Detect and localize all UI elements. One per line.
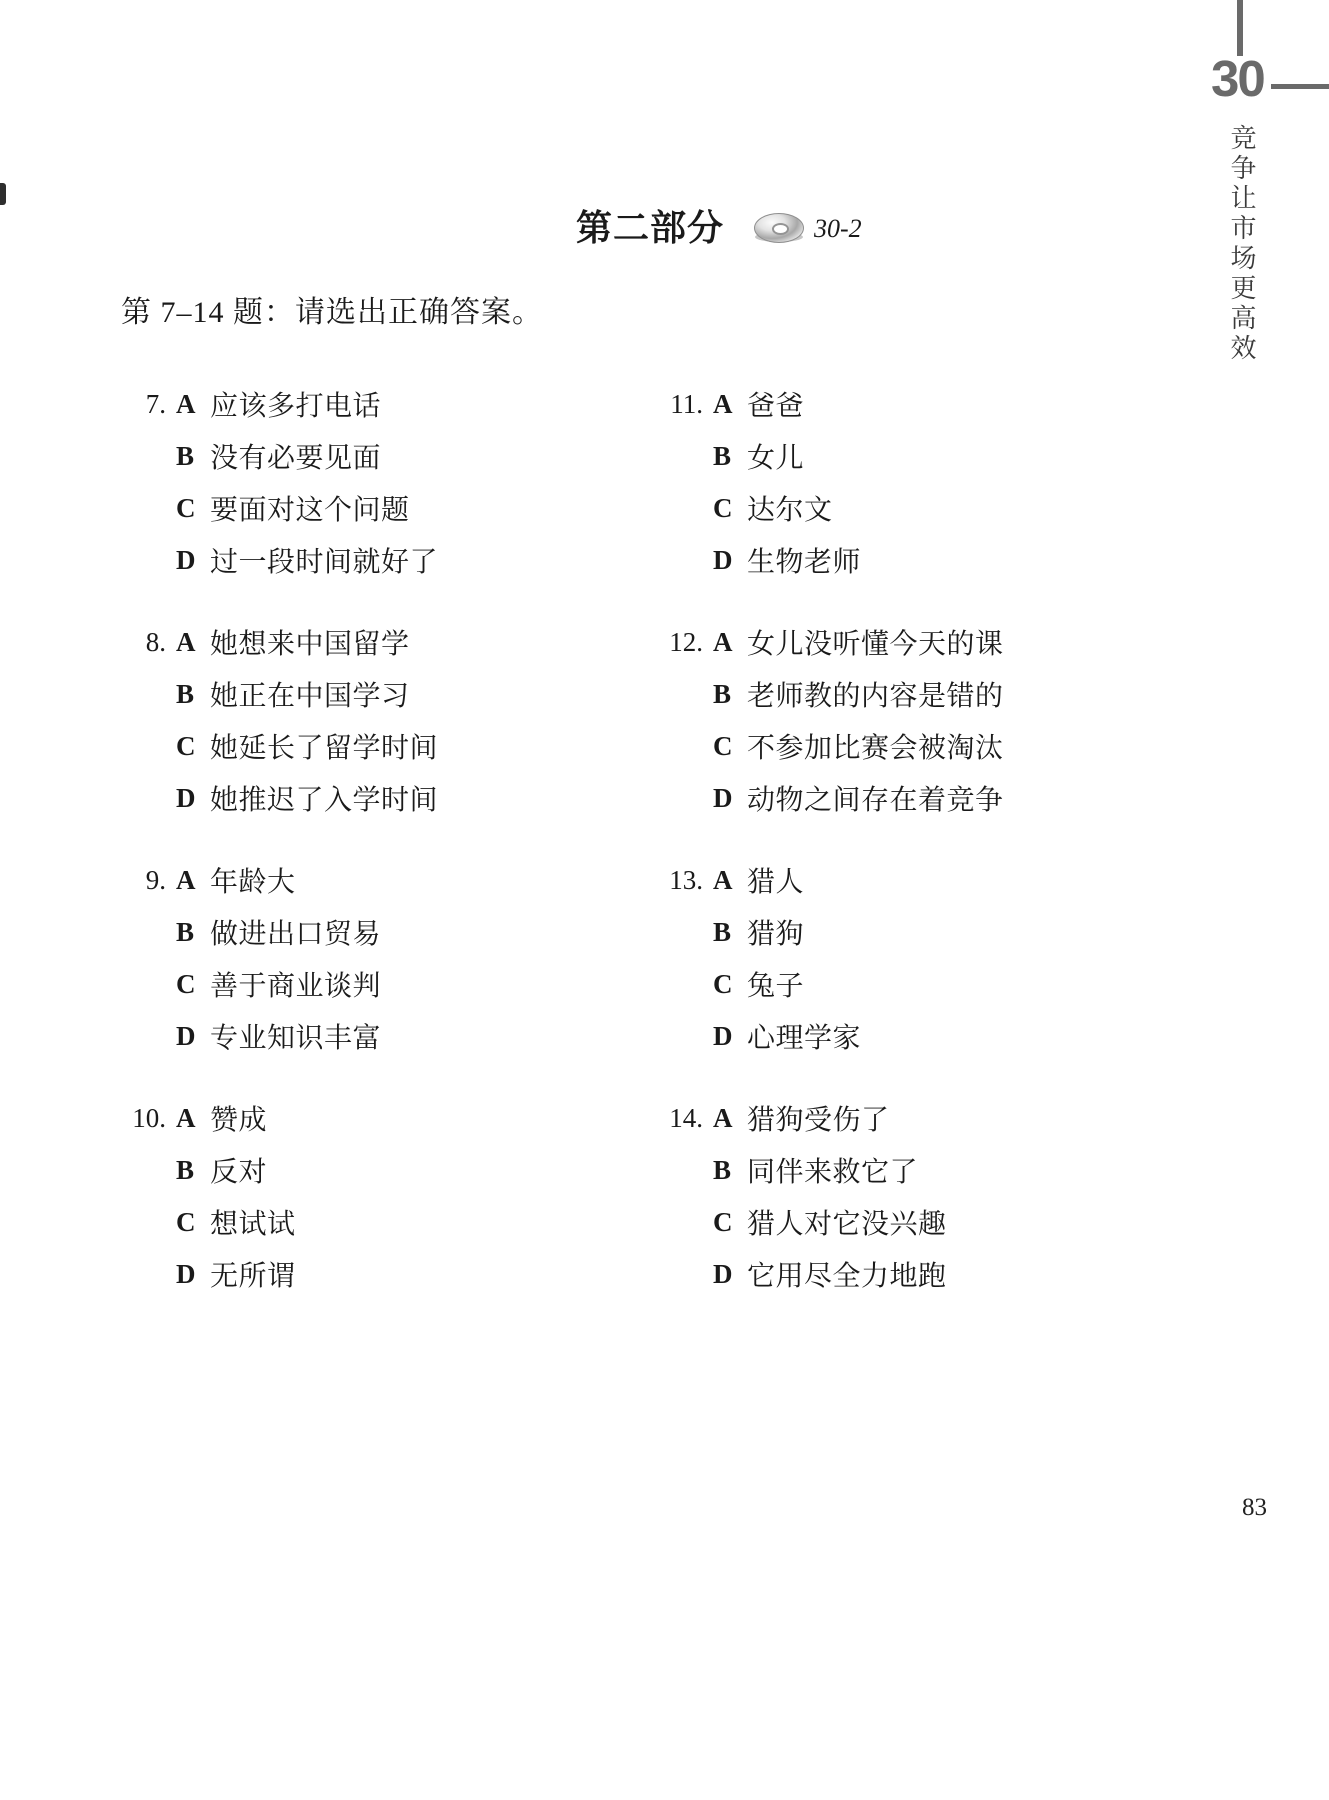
option-letter: C [176, 1207, 202, 1238]
option-row: 10.A赞成 [103, 1092, 438, 1144]
option-text: 她推迟了入学时间 [210, 778, 438, 818]
option-text: 过一段时间就好了 [210, 540, 438, 580]
chapter-top-bar [1237, 0, 1243, 56]
option-row: C兔子 [640, 958, 1004, 1010]
option-row: D动物之间存在着竞争 [640, 772, 1004, 824]
option-row: C达尔文 [640, 482, 1004, 534]
option-text: 她延长了留学时间 [210, 726, 438, 766]
option-letter: A [713, 1103, 739, 1134]
option-letter: B [176, 441, 202, 472]
option-row: B同伴来救它了 [640, 1144, 1004, 1196]
option-letter: D [713, 1259, 739, 1290]
option-text: 生物老师 [747, 540, 861, 580]
option-row: B她正在中国学习 [103, 668, 438, 720]
page-bleed-mark [0, 183, 6, 205]
option-letter: B [713, 917, 739, 948]
option-row: D过一段时间就好了 [103, 534, 438, 586]
option-text: 女儿没听懂今天的课 [747, 622, 1004, 662]
option-letter: A [176, 865, 202, 896]
question-number: 12. [640, 627, 703, 658]
option-letter: B [176, 917, 202, 948]
option-row: D生物老师 [640, 534, 1004, 586]
option-row: 14.A猎狗受伤了 [640, 1092, 1004, 1144]
option-row: B女儿 [640, 430, 1004, 482]
option-row: 7.A应该多打电话 [103, 378, 438, 430]
option-text: 应该多打电话 [210, 384, 381, 424]
option-row: C要面对这个问题 [103, 482, 438, 534]
option-letter: C [713, 1207, 739, 1238]
option-letter: C [713, 731, 739, 762]
option-row: B老师教的内容是错的 [640, 668, 1004, 720]
option-letter: C [713, 969, 739, 1000]
question-number: 11. [640, 389, 703, 420]
option-text: 同伴来救它了 [747, 1150, 918, 1190]
option-letter: D [176, 545, 202, 576]
option-letter: D [713, 1021, 739, 1052]
option-text: 反对 [210, 1150, 267, 1190]
question-9: 9.A年龄大 B做进出口贸易 C善于商业谈判 D专业知识丰富 [103, 854, 438, 1062]
option-text: 老师教的内容是错的 [747, 674, 1004, 714]
option-text: 无所谓 [210, 1254, 296, 1294]
page-number: 83 [1242, 1494, 1267, 1522]
option-letter: D [176, 1259, 202, 1290]
option-row: C想试试 [103, 1196, 438, 1248]
option-text: 猎人 [747, 860, 804, 900]
option-text: 没有必要见面 [210, 436, 381, 476]
option-text: 善于商业谈判 [210, 964, 381, 1004]
option-row: C善于商业谈判 [103, 958, 438, 1010]
option-letter: B [713, 679, 739, 710]
option-letter: C [713, 493, 739, 524]
question-number: 7. [103, 389, 166, 420]
question-8: 8.A她想来中国留学 B她正在中国学习 C她延长了留学时间 D她推迟了入学时间 [103, 616, 438, 824]
option-text: 要面对这个问题 [210, 488, 410, 528]
option-letter: D [713, 783, 739, 814]
option-letter: A [713, 865, 739, 896]
option-letter: D [713, 545, 739, 576]
option-row: B做进出口贸易 [103, 906, 438, 958]
question-14: 14.A猎狗受伤了 B同伴来救它了 C猎人对它没兴趣 D它用尽全力地跑 [640, 1092, 1004, 1300]
question-number: 13. [640, 865, 703, 896]
option-text: 动物之间存在着竞争 [747, 778, 1004, 818]
option-text: 它用尽全力地跑 [747, 1254, 947, 1294]
option-text: 想试试 [210, 1202, 296, 1242]
option-row: C猎人对它没兴趣 [640, 1196, 1004, 1248]
option-letter: B [176, 1155, 202, 1186]
chapter-number-rule [1271, 84, 1329, 89]
option-text: 猎狗受伤了 [747, 1098, 890, 1138]
option-row: D它用尽全力地跑 [640, 1248, 1004, 1300]
option-text: 爸爸 [747, 384, 804, 424]
option-letter: A [176, 389, 202, 420]
option-row: D无所谓 [103, 1248, 438, 1300]
option-text: 猎狗 [747, 912, 804, 952]
option-letter: C [176, 493, 202, 524]
option-text: 兔子 [747, 964, 804, 1004]
section-title: 第二部分 [576, 200, 724, 251]
question-column-left: 7.A应该多打电话 B没有必要见面 C要面对这个问题 D过一段时间就好了 8.A… [103, 378, 438, 1330]
question-10: 10.A赞成 B反对 C想试试 D无所谓 [103, 1092, 438, 1300]
option-row: 11.A爸爸 [640, 378, 1004, 430]
option-text: 心理学家 [747, 1016, 861, 1056]
chapter-number: 30 [1211, 53, 1265, 104]
option-row: 9.A年龄大 [103, 854, 438, 906]
option-row: B没有必要见面 [103, 430, 438, 482]
option-row: 13.A猎人 [640, 854, 1004, 906]
option-text: 年龄大 [210, 860, 296, 900]
cd-disc [754, 213, 804, 243]
question-column-right: 11.A爸爸 B女儿 C达尔文 D生物老师 12.A女儿没听懂今天的课 B老师教… [640, 378, 1004, 1330]
option-letter: D [176, 783, 202, 814]
chapter-title-vertical: 竞争让市场更高效 [1224, 124, 1261, 404]
question-12: 12.A女儿没听懂今天的课 B老师教的内容是错的 C不参加比赛会被淘汰 D动物之… [640, 616, 1004, 824]
option-text: 专业知识丰富 [210, 1016, 381, 1056]
option-row: C她延长了留学时间 [103, 720, 438, 772]
option-letter: B [713, 1155, 739, 1186]
question-11: 11.A爸爸 B女儿 C达尔文 D生物老师 [640, 378, 1004, 586]
question-number: 9. [103, 865, 166, 896]
option-row: D她推迟了入学时间 [103, 772, 438, 824]
option-row: 8.A她想来中国留学 [103, 616, 438, 668]
option-row: D专业知识丰富 [103, 1010, 438, 1062]
option-letter: B [713, 441, 739, 472]
instruction-text: 第 7–14 题：请选出正确答案。 [121, 287, 543, 331]
question-7: 7.A应该多打电话 B没有必要见面 C要面对这个问题 D过一段时间就好了 [103, 378, 438, 586]
option-row: C不参加比赛会被淘汰 [640, 720, 1004, 772]
option-letter: A [713, 389, 739, 420]
option-text: 她想来中国留学 [210, 622, 410, 662]
option-letter: A [176, 627, 202, 658]
option-letter: C [176, 969, 202, 1000]
question-number: 10. [103, 1103, 166, 1134]
option-text: 达尔文 [747, 488, 833, 528]
cd-hole [772, 223, 789, 235]
option-row: B反对 [103, 1144, 438, 1196]
option-row: B猎狗 [640, 906, 1004, 958]
cd-icon [754, 211, 806, 245]
option-letter: D [176, 1021, 202, 1052]
question-13: 13.A猎人 B猎狗 C兔子 D心理学家 [640, 854, 1004, 1062]
option-letter: C [176, 731, 202, 762]
option-text: 不参加比赛会被淘汰 [747, 726, 1004, 766]
option-text: 她正在中国学习 [210, 674, 410, 714]
option-text: 猎人对它没兴趣 [747, 1202, 947, 1242]
question-number: 14. [640, 1103, 703, 1134]
option-row: D心理学家 [640, 1010, 1004, 1062]
option-letter: A [176, 1103, 202, 1134]
option-letter: A [713, 627, 739, 658]
option-text: 女儿 [747, 436, 804, 476]
option-text: 赞成 [210, 1098, 267, 1138]
option-letter: B [176, 679, 202, 710]
textbook-page: 第二部分 30-2 第 7–14 题：请选出正确答案。 7.A应该多打电话 B没… [0, 0, 1329, 1800]
audio-track-label: 30-2 [814, 214, 862, 244]
question-number: 8. [103, 627, 166, 658]
option-text: 做进出口贸易 [210, 912, 381, 952]
option-row: 12.A女儿没听懂今天的课 [640, 616, 1004, 668]
